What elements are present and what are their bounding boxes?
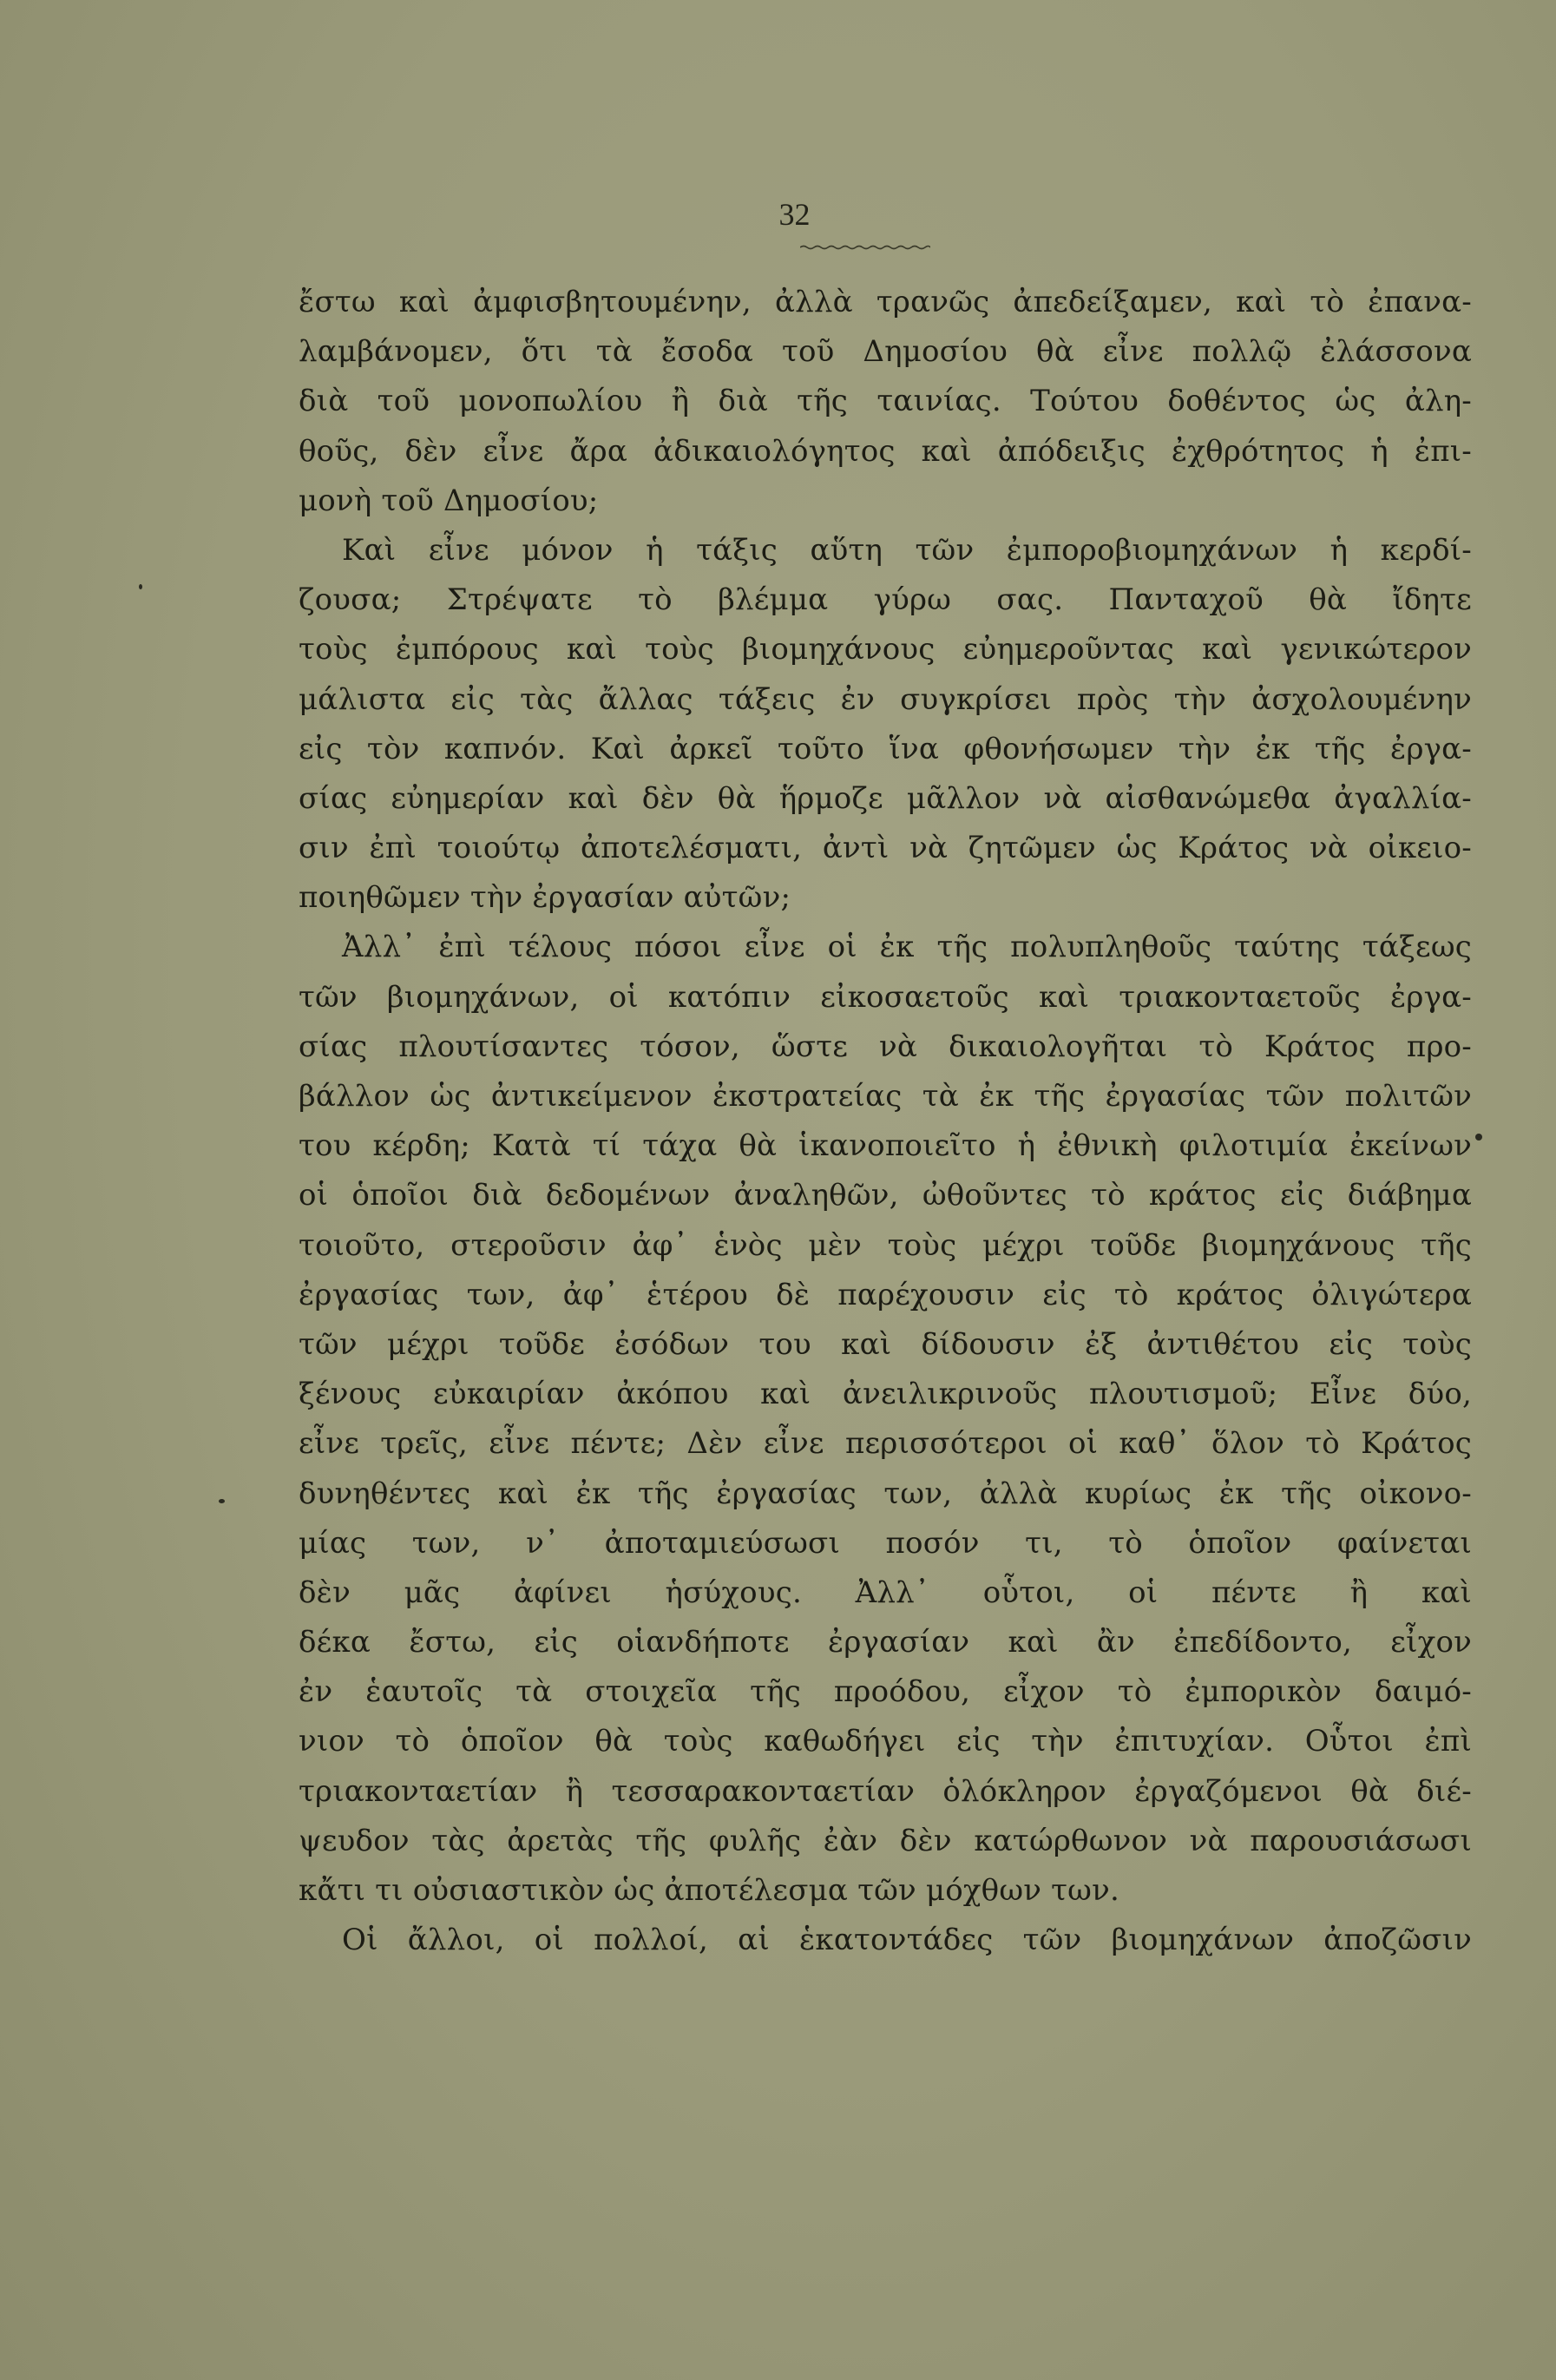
margin-speck-mark: [139, 584, 142, 589]
text-line: μάλιστα εἰς τὰς ἄλλας τάξεις ἐν συγκρίσε…: [299, 675, 1472, 725]
text-line: τῶν βιομηχάνων, οἱ κατόπιν εἰκοσαετοῦς κ…: [299, 973, 1472, 1022]
text-line: Καὶ εἶνε μόνον ἡ τάξις αὕτη τῶν ἐμποροβι…: [299, 526, 1472, 575]
text-line: μίας των, ν᾽ ἀποταμιεύσωσι ποσόν τι, τὸ …: [299, 1519, 1472, 1568]
text-line: ψευδον τὰς ἀρετὰς τῆς φυλῆς ἐὰν δὲν κατώ…: [299, 1817, 1472, 1866]
margin-dot-mark: [219, 1499, 225, 1503]
text-line: ἐργασίας των, ἀφ᾽ ἑτέρου δὲ παρέχουσιν ε…: [299, 1271, 1472, 1320]
text-line: ξένους εὐκαιρίαν ἀκόπου καὶ ἀνειλικρινοῦ…: [299, 1370, 1472, 1419]
text-line: τῶν μέχρι τοῦδε ἐσόδων του καὶ δίδουσιν …: [299, 1320, 1472, 1370]
text-line: σιν ἐπὶ τοιούτῳ ἀποτελέσματι, ἀντὶ νὰ ζη…: [299, 824, 1472, 873]
text-line: τοιοῦτο, στεροῦσιν ἀφ᾽ ἑνὸς μὲν τοὺς μέχ…: [299, 1221, 1472, 1271]
text-line: εἰς τὸν καπνόν. Καὶ ἀρκεῖ τοῦτο ἵνα φθον…: [299, 725, 1472, 774]
text-line: εἶνε τρεῖς, εἶνε πέντε; Δὲν εἶνε περισσό…: [299, 1419, 1472, 1469]
text-line: δυνηθέντες καὶ ἐκ τῆς ἐργασίας των, ἀλλὰ…: [299, 1469, 1472, 1519]
text-line: κἄτι τι οὐσιαστικὸν ὡς ἀποτέλεσμα τῶν μό…: [299, 1866, 1472, 1916]
text-line: διὰ τοῦ μονοπωλίου ἢ διὰ τῆς ταινίας. Το…: [299, 377, 1472, 426]
text-line: οἱ ὁποῖοι διὰ δεδομένων ἀναληθῶν, ὠθοῦντ…: [299, 1171, 1472, 1220]
body-text: ἔστω καὶ ἀμφισβητουμένην, ἀλλὰ τρανῶς ἀπ…: [299, 278, 1472, 1965]
text-line: λαμβάνομεν, ὅτι τὰ ἔσοδα τοῦ Δημοσίου θὰ…: [299, 327, 1472, 377]
text-line: βάλλον ὡς ἀντικείμενον ἐκστρατείας τὰ ἐκ…: [299, 1072, 1472, 1121]
text-line: ζουσα; Στρέψατε τὸ βλέμμα γύρω σας. Παντ…: [299, 575, 1472, 625]
page-header: 32: [0, 196, 1556, 233]
text-line: σίας εὐημερίαν καὶ δὲν θὰ ἥρμοζε μᾶλλον …: [299, 774, 1472, 824]
text-line: νιον τὸ ὁποῖον θὰ τοὺς καθωδήγει εἰς τὴν…: [299, 1717, 1472, 1766]
text-line: Ἀλλ᾽ ἐπὶ τέλους πόσοι εἶνε οἱ ἐκ τῆς πολ…: [299, 923, 1472, 972]
text-line: τοὺς ἐμπόρους καὶ τοὺς βιομηχάνους εὐημε…: [299, 625, 1472, 674]
text-line: του κέρδη; Κατὰ τί τάχα θὰ ἱκανοποιεῖτο …: [299, 1121, 1472, 1171]
page-number: 32: [746, 196, 811, 233]
text-line: ἐν ἑαυτοῖς τὰ στοιχεῖα τῆς προόδου, εἶχο…: [299, 1667, 1472, 1717]
text-line: τριακονταετίαν ἢ τεσσαρακονταετίαν ὁλόκλ…: [299, 1767, 1472, 1817]
text-line: Οἱ ἄλλοι, οἱ πολλοί, αἱ ἑκατοντάδες τῶν …: [299, 1916, 1472, 1965]
text-line: δέκα ἔστω, εἰς οἱανδήποτε ἐργασίαν καὶ ἂ…: [299, 1618, 1472, 1667]
margin-dot-mark: [1475, 1134, 1482, 1141]
text-line: ἔστω καὶ ἀμφισβητουμένην, ἀλλὰ τρανῶς ἀπ…: [299, 278, 1472, 327]
text-line: μονὴ τοῦ Δημοσίου;: [299, 477, 1472, 526]
text-line: ποιηθῶμεν τὴν ἐργασίαν αὐτῶν;: [299, 873, 1472, 923]
text-line: δὲν μᾶς ἀφίνει ἡσύχους. Ἀλλ᾽ οὗτοι, οἱ π…: [299, 1568, 1472, 1618]
text-line: θοῦς, δὲν εἶνε ἄρα ἀδικαιολόγητος καὶ ἀπ…: [299, 427, 1472, 477]
text-line: σίας πλουτίσαντες τόσον, ὥστε νὰ δικαιολ…: [299, 1022, 1472, 1072]
header-wavy-rule: [800, 245, 930, 250]
